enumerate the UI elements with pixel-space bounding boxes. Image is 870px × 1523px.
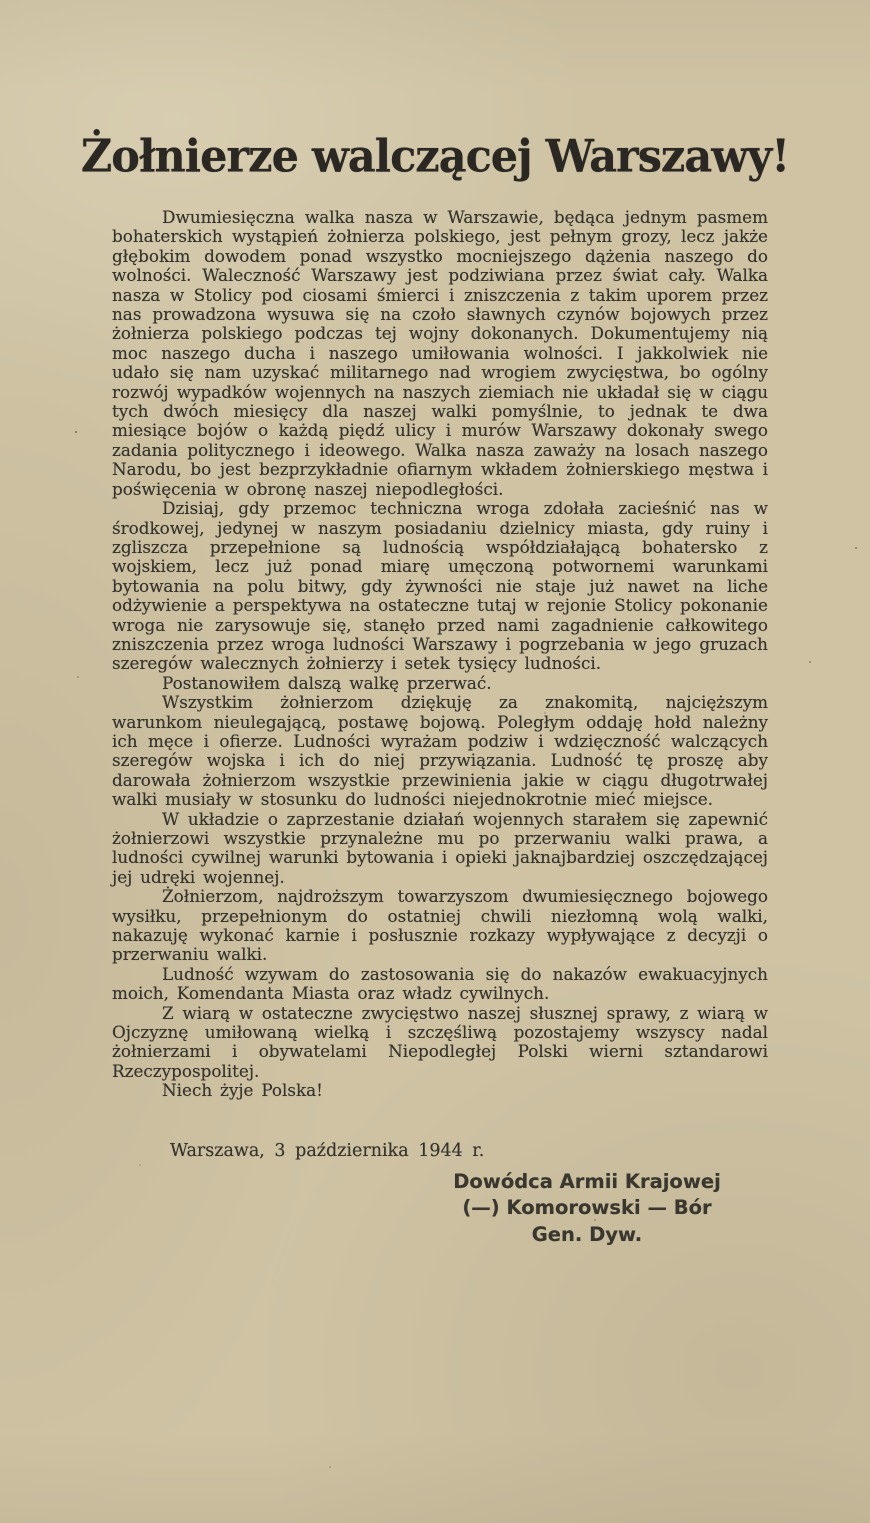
document-title: Żołnierze walczącej Warszawy! <box>70 131 800 183</box>
paragraph: Niech żyje Polska! <box>112 1081 768 1100</box>
paragraph: W układzie o zaprzestanie działań wojenn… <box>112 810 768 888</box>
paragraph: Z wiarą w ostateczne zwycięstwo naszej s… <box>112 1004 768 1082</box>
signature-role: Dowódca Armii Krajowej <box>422 1169 752 1196</box>
paragraph: Ludność wzywam do zastosowania się do na… <box>112 965 768 1004</box>
document-page: Żołnierze walczącej Warszawy! Dwumiesięc… <box>0 0 870 1523</box>
paragraph: Dwumiesięczna walka nasza w Warszawie, b… <box>112 208 768 499</box>
paragraph: Wszystkim żołnierzom dziękuję za znakomi… <box>112 693 768 809</box>
paragraph: Żołnierzom, najdroższym towarzyszom dwum… <box>112 887 768 965</box>
dateline: Warszawa, 3 października 1944 r. <box>170 1141 870 1161</box>
paragraph: Postanowiłem dalszą walkę przerwać. <box>112 674 768 693</box>
paragraph: Dzisiaj, gdy przemoc techniczna wroga zd… <box>112 499 768 674</box>
signature-block: Dowódca Armii Krajowej (—) Komorowski — … <box>422 1169 752 1249</box>
document-body: Dwumiesięczna walka nasza w Warszawie, b… <box>112 208 768 1101</box>
signature-rank: Gen. Dyw. <box>422 1222 752 1249</box>
signature-name: (—) Komorowski — Bór <box>422 1195 752 1222</box>
